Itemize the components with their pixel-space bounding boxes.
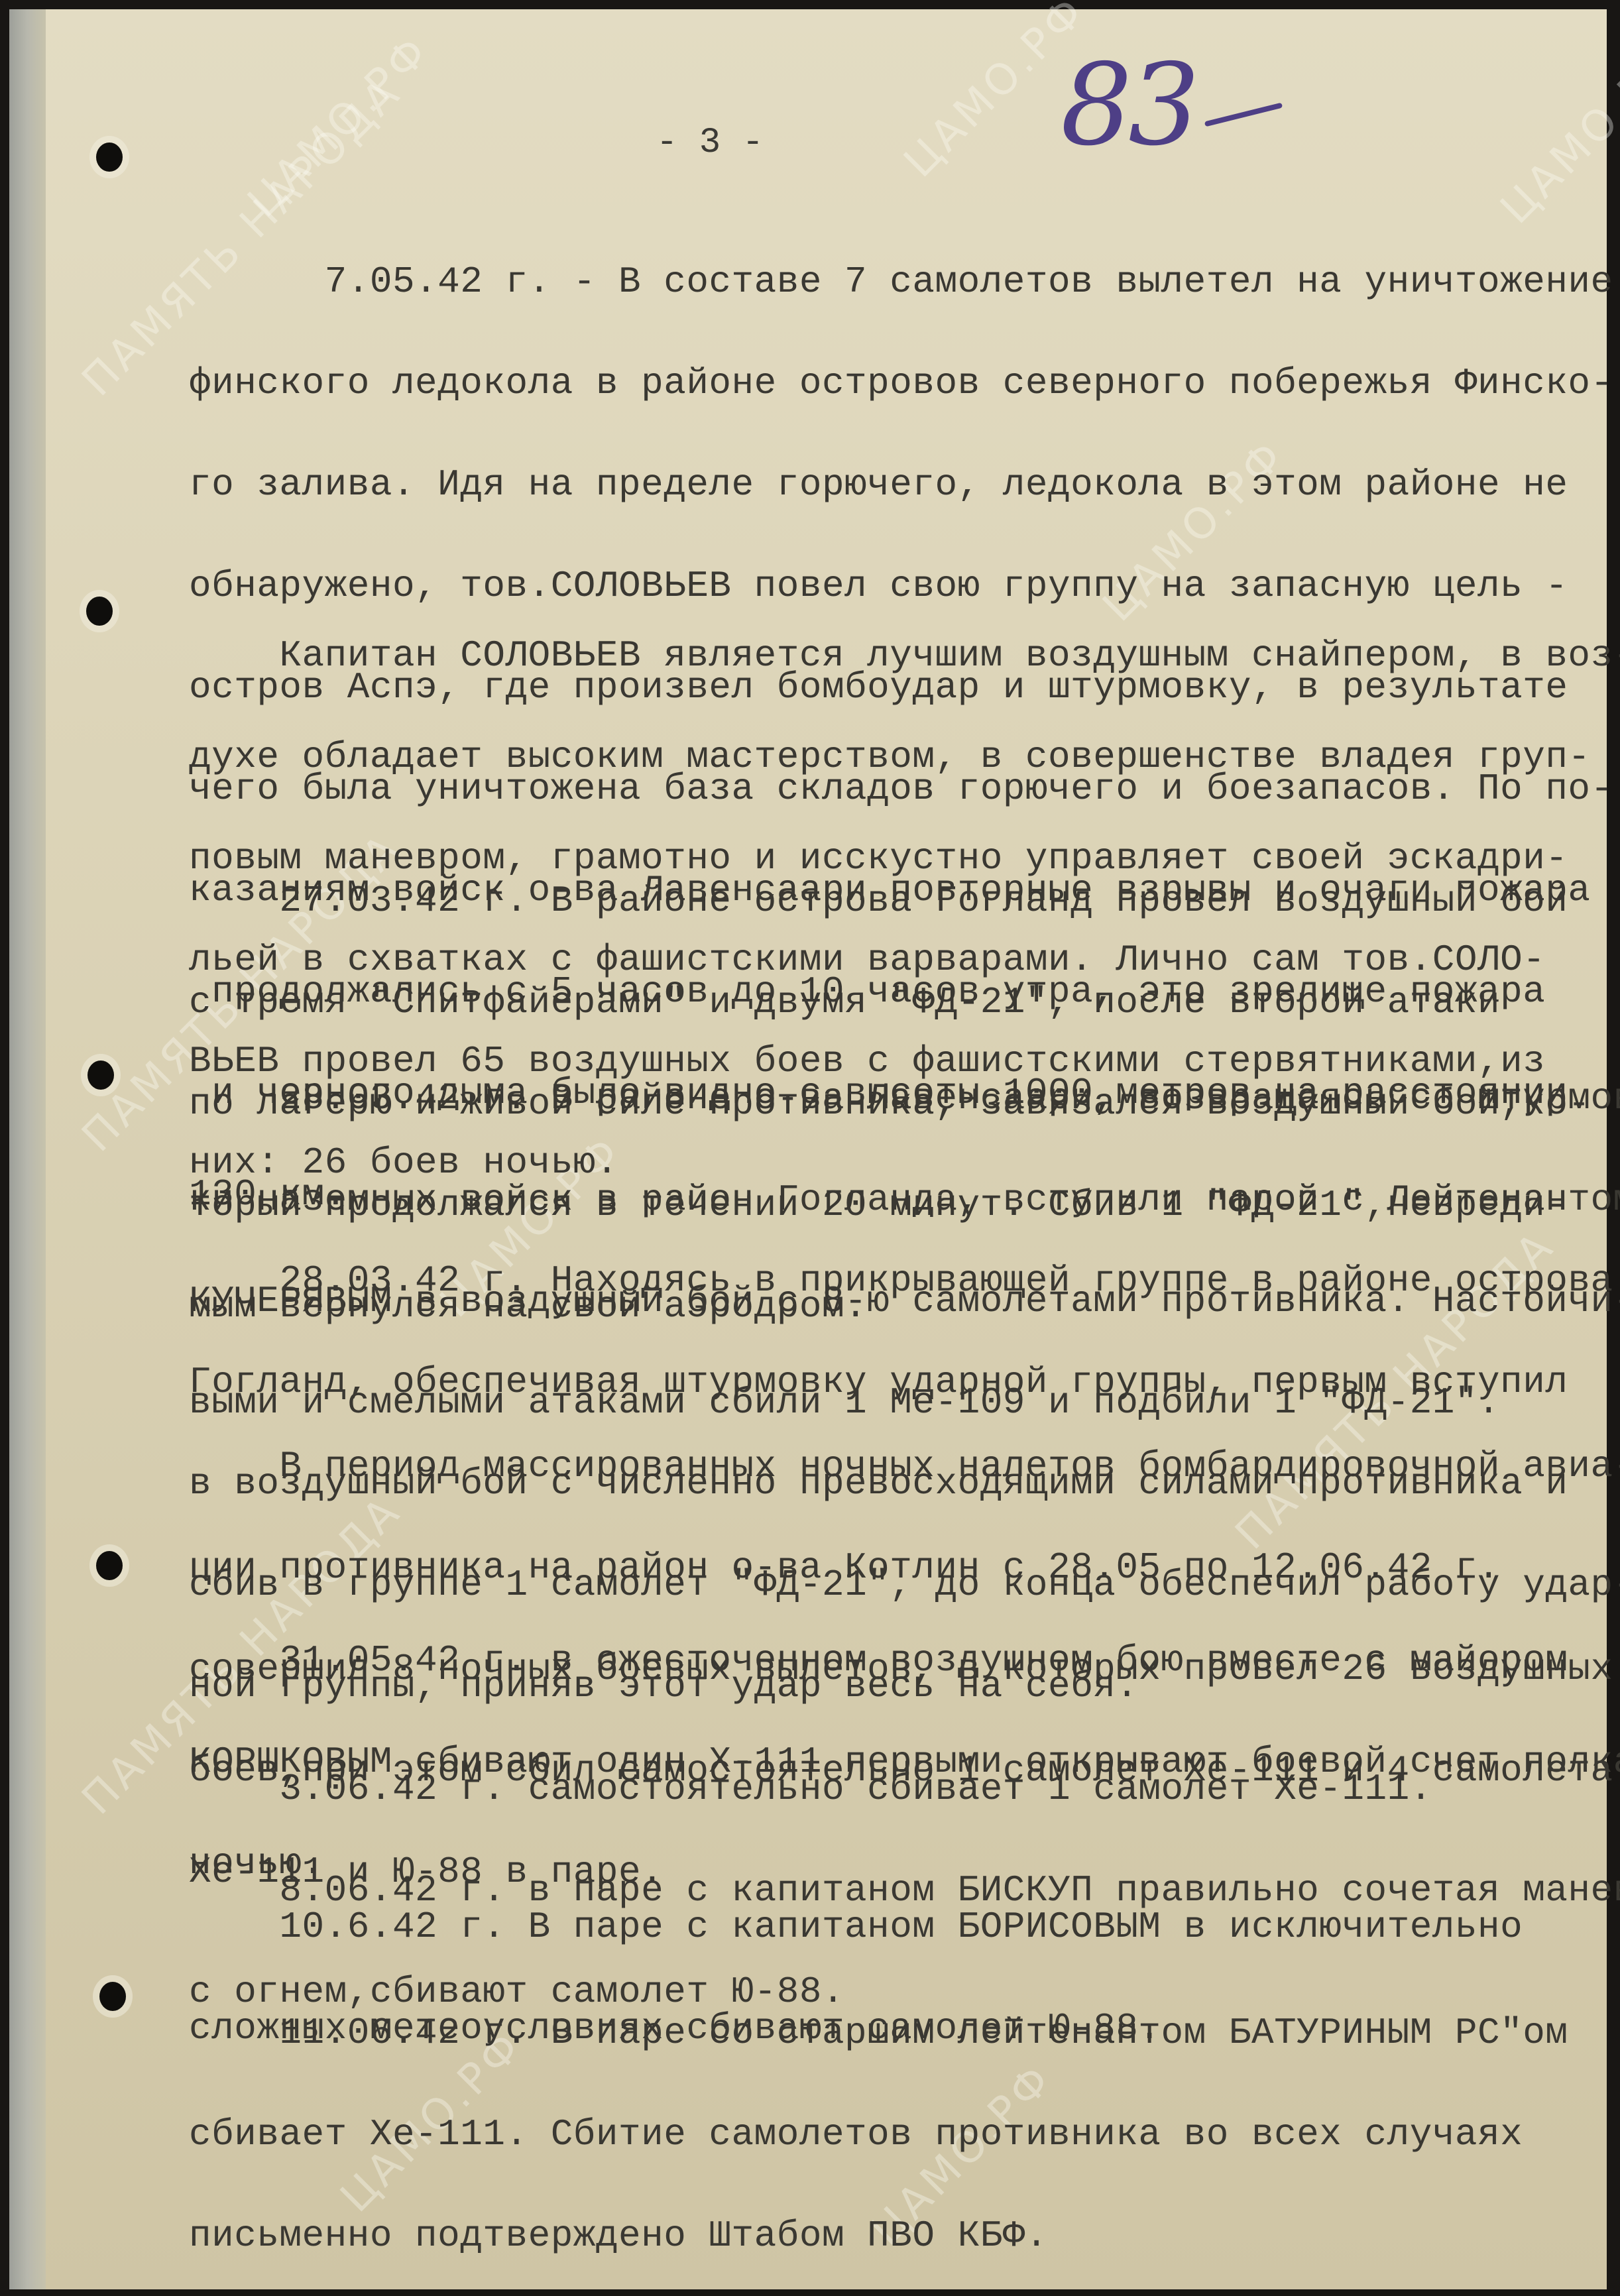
punch-hole <box>99 1982 126 2011</box>
text-line: 3.06.42 г. самостоятельно сбивает 1 само… <box>189 1772 1607 1806</box>
text-line: Капитан СОЛОВЬЕВ является лучшим воздушн… <box>189 639 1607 673</box>
page-number: - 3 - <box>656 123 764 163</box>
punch-hole <box>86 597 113 626</box>
handwritten-sheet-number: 83 <box>1061 40 1283 171</box>
text-line: 11.06.42 г. В паре со старшим лейтенанто… <box>189 2016 1607 2050</box>
text-line: 28.03.42 г. В районе о-ва Лавенсаари, во… <box>189 1082 1607 1116</box>
handwritten-dash <box>1204 102 1283 127</box>
text-line: 31.05.42 г. в ожесточенном воздушном бою… <box>189 1644 1607 1678</box>
text-line: 10.6.42 г. В паре с капитаном БОРИСОВЫМ … <box>189 1910 1607 1944</box>
text-line: го залива. Идя на пределе горючего, ледо… <box>189 468 1607 502</box>
text-line: сбивает Хе-111. Сбитие самолетов противн… <box>189 2118 1607 2152</box>
text-line: 7.05.42 г. - В составе 7 самолетов вылет… <box>189 265 1607 299</box>
text-line: 28.03.42 г. Находясь в прикрывающей груп… <box>189 1264 1607 1298</box>
text-line: финского ледокола в районе островов севе… <box>189 367 1607 400</box>
punch-hole <box>96 143 123 172</box>
binding-margin <box>9 9 46 2289</box>
paragraph-11-06-42: 11.06.42 г. В паре со старшим лейтенанто… <box>189 1949 1607 2287</box>
punch-hole <box>87 1061 114 1090</box>
text-line: В период массированных ночных налетов бо… <box>189 1450 1607 1483</box>
text-line: письменно подтверждено Штабом ПВО КБФ. <box>189 2219 1607 2253</box>
text-line: 27.03.42 г. В районе острова Гогланд про… <box>189 884 1607 918</box>
punch-hole <box>96 1551 123 1580</box>
sheet-number-text: 83 <box>1061 40 1196 171</box>
text-line: духе обладает высоким мастерством, в сов… <box>189 740 1607 774</box>
